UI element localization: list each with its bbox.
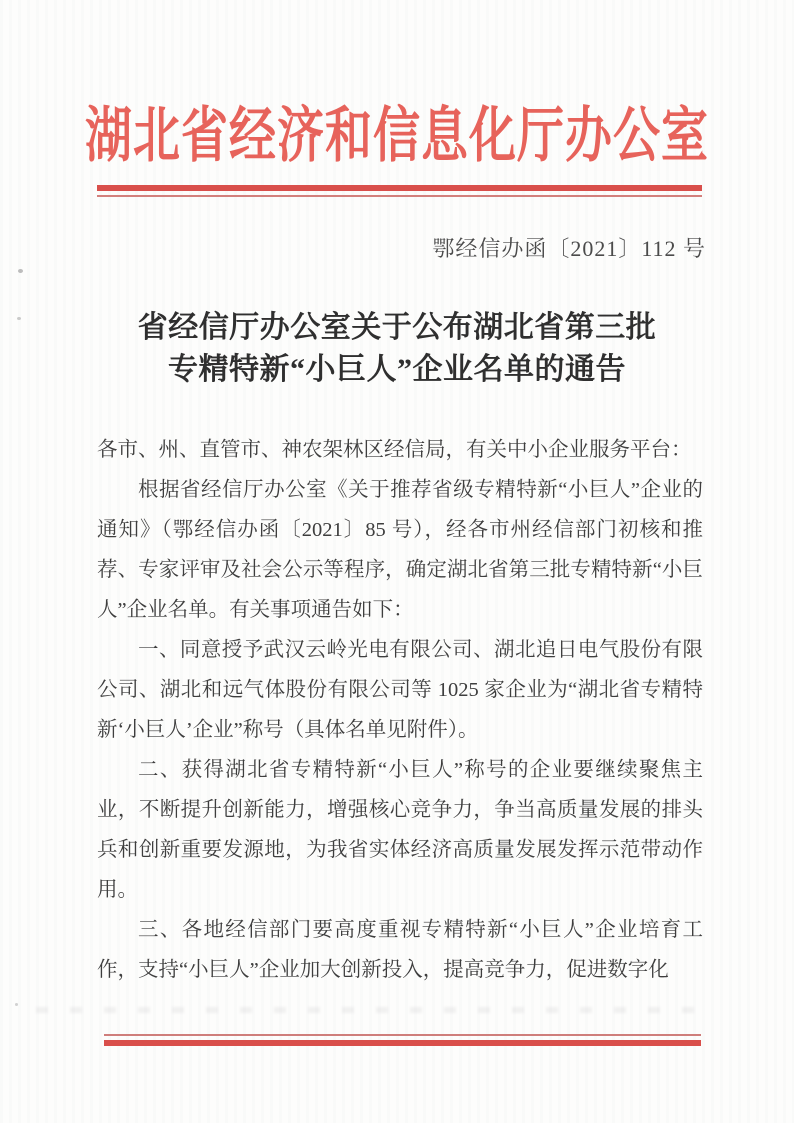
document-title-line2: 专精特新“小巨人”企业名单的通告 — [0, 349, 794, 391]
document-number: 鄂经信办函〔2021〕112 号 — [432, 236, 706, 262]
scan-speck — [18, 269, 23, 273]
document-body: 各市、州、直管市、神农架林区经信局，有关中小企业服务平台： 根据省经信厅办公室《… — [97, 430, 703, 990]
scan-speck — [15, 1003, 18, 1006]
letterhead-title: 湖北省经济和信息化厅办公室 — [0, 107, 794, 167]
letterhead-rule-thin — [97, 195, 702, 197]
salutation-line: 各市、州、直管市、神农架林区经信局，有关中小企业服务平台： — [97, 430, 703, 470]
letterhead-rule-thick — [97, 185, 702, 191]
footer-rule-thick — [104, 1040, 701, 1046]
paragraph-intro: 根据省经信厅办公室《关于推荐省级专精特新“小巨人”企业的通知》（鄂经信办函〔20… — [97, 470, 703, 630]
paragraph-item-1: 一、同意授予武汉云岭光电有限公司、湖北追日电气股份有限公司、湖北和远气体股份有限… — [97, 630, 703, 750]
document-title: 省经信厅办公室关于公布湖北省第三批 专精特新“小巨人”企业名单的通告 — [0, 307, 794, 391]
footer-rule-thin — [104, 1034, 701, 1036]
document-page: 湖北省经济和信息化厅办公室 鄂经信办函〔2021〕112 号 省经信厅办公室关于… — [0, 0, 794, 1123]
paragraph-item-3: 三、各地经信部门要高度重视专精特新“小巨人”企业培育工作，支持“小巨人”企业加大… — [97, 910, 703, 990]
document-title-line1: 省经信厅办公室关于公布湖北省第三批 — [0, 307, 794, 349]
scan-smudge — [36, 1007, 716, 1013]
paragraph-item-2: 二、获得湖北省专精特新“小巨人”称号的企业要继续聚焦主业，不断提升创新能力，增强… — [97, 750, 703, 910]
